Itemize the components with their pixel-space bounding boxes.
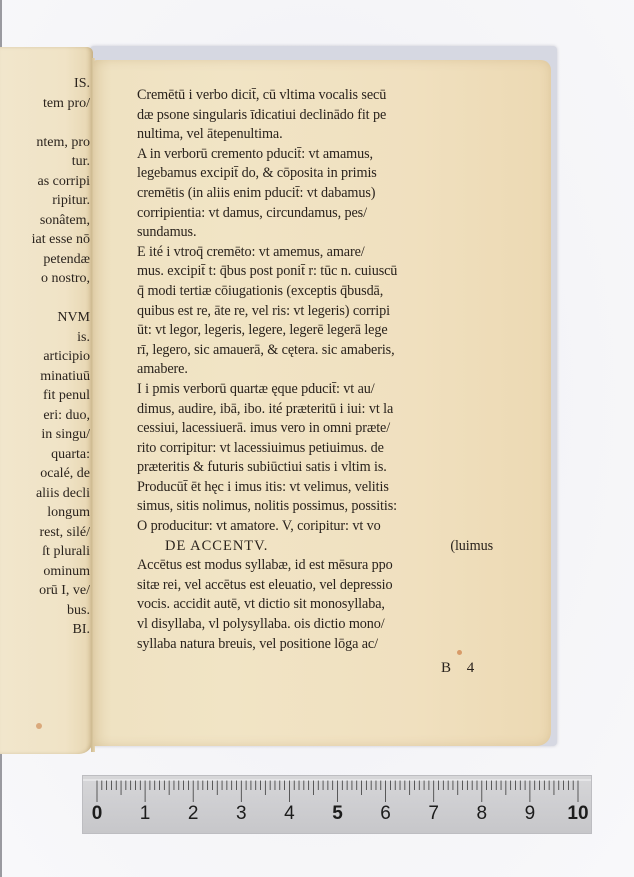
text-line: articipio [2,347,90,367]
text-line: sonâtem, [2,211,90,231]
text-line: mus. excipit̄ t: q̄bus post ponit̄ r: tū… [137,262,493,282]
text-line: cessiui, lacessiuerā. imus vero in omni … [137,419,493,439]
text-line: ominum [2,562,90,582]
text-line: o nostro, [2,269,90,289]
text-line: ūt: vt legor, legeris, legere, legerē le… [137,321,493,341]
text-line: amabere. [137,360,493,380]
text-line: nultima, vel ātepenultima. [137,125,493,145]
text-line: cremētis (in aliis enim pducit̄: vt daba… [137,184,493,204]
section-heading-line: DE ACCENTV.(luimus [137,537,493,557]
text-line: ntem, pro [2,133,90,153]
text-line: tem pro/ [2,94,90,114]
text-line: q̄ modi tertiæ cōiugationis (exceptis q̄… [137,282,493,302]
text-line: is. [2,328,90,348]
text-line: Accētus est modus syllabæ, id est mēsura… [137,556,493,576]
ruler-label: 1 [140,803,151,825]
scale-ruler: 012345678910 [82,775,592,834]
ruler-label: 5 [332,803,343,825]
ruler-label: 2 [188,803,199,825]
text-line: eri: duo, [2,406,90,426]
text-line [2,113,90,133]
text-line: BI. [2,620,90,640]
ruler-label: 0 [92,803,103,825]
ruler-label: 8 [477,803,488,825]
text-line: syllaba natura breuis, vel positione lōg… [137,635,493,655]
right-page-text: Cremētū i verbo dicit̄, cū vltima vocali… [137,86,493,654]
text-line: I i pmis verborū quartæ ęque pducit̄: vt… [137,380,493,400]
text-line: IS. [2,74,90,94]
text-line: in singu/ [2,425,90,445]
text-line: ſt plurali [2,542,90,562]
text-line: A in verborū cremento pducit̄: vt amamus… [137,145,493,165]
text-line: dimus, audire, ibā, ibo. ité præteritū i… [137,400,493,420]
text-line: bus. [2,601,90,621]
text-line [2,289,90,309]
left-page-text: IS.tem pro/ntem, protur.as corripiripitu… [2,74,90,640]
text-line: quarta: [2,445,90,465]
text-line: vl disyllaba, vl polysyllaba. ois dictio… [137,615,493,635]
text-line: tur. [2,152,90,172]
ruler-ticks [83,776,591,806]
text-line: rī, legero, sic amauerā, & cętera. sic a… [137,341,493,361]
ruler-label: 9 [525,803,536,825]
heading-tail: (luimus [450,537,493,557]
text-line: ocalé, de [2,464,90,484]
text-line: Producūt̄ ēt hęc i imus itis: vt velimus… [137,478,493,498]
text-line: vocis. accidit autē, vt dictio sit monos… [137,595,493,615]
text-line: as corripi [2,172,90,192]
ruler-label: 6 [380,803,391,825]
text-line: ripitur. [2,191,90,211]
signature-mark: B 4 [441,660,480,677]
ink-stain [36,723,42,729]
text-line: O producitur: vt amatore. V, coripitur: … [137,517,493,537]
text-line: orū I, ve/ [2,581,90,601]
text-line: corripientia: vt damus, circundamus, pes… [137,204,493,224]
section-heading: DE ACCENTV. [165,537,268,557]
ruler-label: 10 [567,803,588,825]
text-line: rito corripitur: vt lacessiuimus petiuim… [137,439,493,459]
ruler-label: 7 [428,803,439,825]
ruler-label: 3 [236,803,247,825]
text-line: dæ psone singularis īdicatiui declinādo … [137,106,493,126]
text-line: fit penul [2,386,90,406]
text-line: minatiuū [2,367,90,387]
text-line: E ité i vtroq̄ cremēto: vt amemus, amare… [137,243,493,263]
text-line: præteritis & futuris subiūctiui satis i … [137,458,493,478]
text-line: sundamus. [137,223,493,243]
text-line: simus, sitis nolimus, nolitis possimus, … [137,497,493,517]
text-line: petendæ [2,250,90,270]
text-line: legebamus excipit̄ do, & cōposita in pri… [137,164,493,184]
text-line: sitæ rei, vel accētus est eleuatio, vel … [137,576,493,596]
text-line: quibus est re, āte re, vel ris: vt leger… [137,302,493,322]
ruler-label: 4 [284,803,295,825]
text-line: NVM [2,308,90,328]
text-line: aliis decli [2,484,90,504]
text-line: iat esse nō [2,230,90,250]
text-line: Cremētū i verbo dicit̄, cū vltima vocali… [137,86,493,106]
text-line: longum [2,503,90,523]
text-line: rest, silé/ [2,523,90,543]
